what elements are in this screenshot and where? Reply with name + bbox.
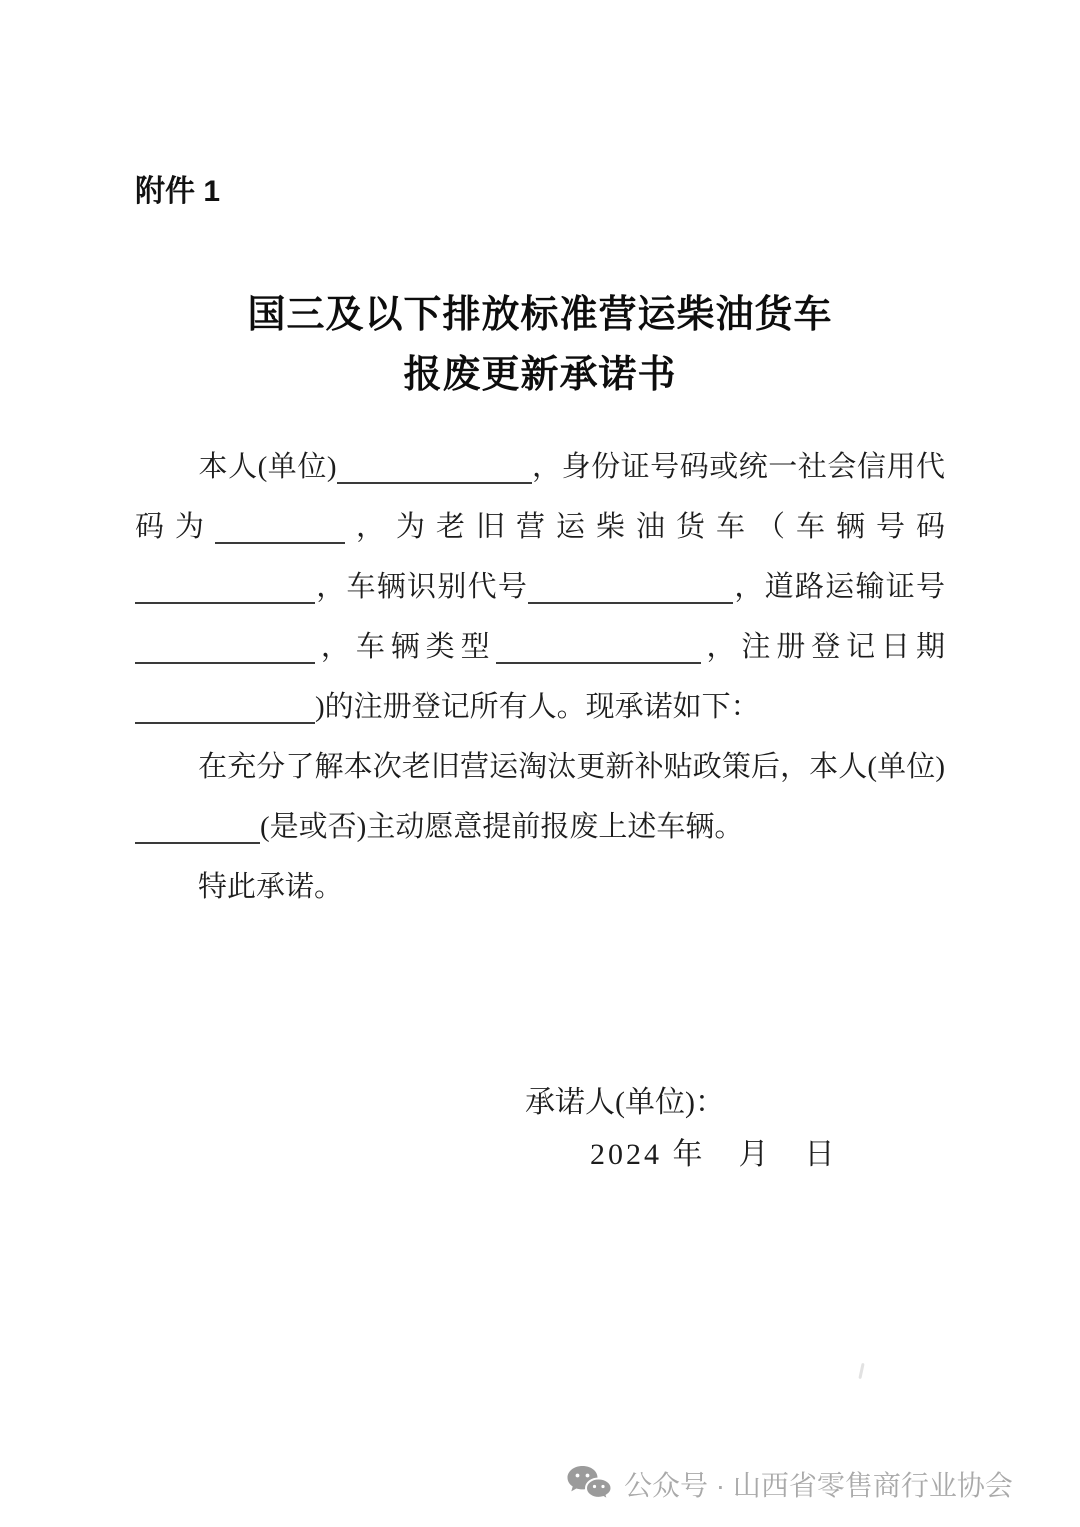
signature-date-line: 2024 年 月 日 (590, 1135, 945, 1175)
text-segment: )的注册登记所有人。现承诺如下： (315, 691, 760, 723)
text-segment: (是或否)主动愿意提前报废上述车辆。 (260, 811, 743, 843)
body-line-2: 码为，为老旧营运柴油货车（车辆号码 (135, 497, 945, 557)
blank-field-vin (528, 566, 733, 604)
blank-field-yes-no (135, 806, 260, 844)
document-title-line1: 国三及以下排放标准营运柴油货车 (135, 285, 945, 345)
blank-field-register-date (135, 686, 315, 724)
body-line-6: 在充分了解本次老旧营运淘汰更新补贴政策后，本人(单位) (135, 737, 945, 797)
text-segment: 在充分了解本次老旧营运淘汰更新补贴政策后，本人(单位) (198, 751, 945, 783)
text-segment: ，身份证号码或统一社会信用代 (532, 451, 945, 483)
blank-field-road-cert-no (135, 626, 315, 664)
footer-watermark-label: 公众号 · 山西省零售商行业协会 (624, 1464, 1013, 1504)
blank-field-name (337, 446, 532, 484)
text-segment: 本人(单位) (198, 451, 337, 483)
body-line-1: 本人(单位)，身份证号码或统一社会信用代 (135, 437, 945, 497)
wechat-icon (566, 1465, 612, 1503)
footer-watermark: 公众号 · 山西省零售商行业协会 (566, 1464, 1013, 1504)
text-segment: ，道路运输证号 (733, 571, 945, 603)
document-page: 附件 1 国三及以下排放标准营运柴油货车 报废更新承诺书 本人(单位)，身份证号… (0, 0, 1080, 1527)
blank-field-vehicle-type (496, 626, 701, 664)
text-segment: ，注册登记日期 (701, 631, 945, 663)
attachment-label: 附件 1 (135, 0, 945, 209)
text-segment: ，为老旧营运柴油货车（车辆号码 (345, 511, 945, 543)
body-line-3: ，车辆识别代号，道路运输证号 (135, 557, 945, 617)
document-title-line2: 报废更新承诺书 (135, 345, 945, 405)
body-line-4: ，车辆类型，注册登记日期 (135, 617, 945, 677)
text-segment: 特此承诺。 (198, 871, 343, 903)
faint-scan-mark (858, 1363, 864, 1379)
text-segment: 码为 (135, 511, 215, 543)
blank-field-credit-code (215, 506, 345, 544)
body-line-8: 特此承诺。 (135, 857, 945, 917)
document-body: 本人(单位)，身份证号码或统一社会信用代 码为，为老旧营运柴油货车（车辆号码 ，… (135, 437, 945, 917)
body-line-5: )的注册登记所有人。现承诺如下： (135, 677, 945, 737)
text-segment: ，车辆识别代号 (315, 571, 528, 603)
body-line-7: (是或否)主动愿意提前报废上述车辆。 (135, 797, 945, 857)
signer-label: 承诺人(单位)： (525, 1083, 945, 1123)
blank-field-plate-number (135, 566, 315, 604)
text-segment: ，车辆类型 (315, 631, 496, 663)
